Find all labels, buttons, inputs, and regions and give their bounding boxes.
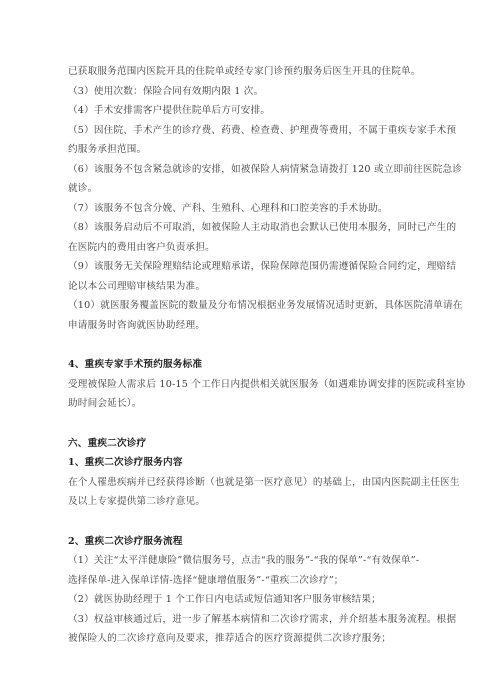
text-line: 及以上专家提供第二诊疗意见。 [68, 492, 435, 512]
section-heading-surgery-standard: 4、重疾专家手术预约服务标准 [68, 355, 435, 375]
text-line: 已获取服务范围内医院开具的住院单或经专家门诊预约服务后医生开具的住院单。 [68, 62, 435, 82]
text-line: （2）就医协助经理于 1 个工作日内电话或短信通知客户服务审核结果； [68, 590, 435, 610]
text-line: 在个人罹患疾病并已经获得诊断（也就是第一医疗意见）的基础上，由国内医院副主任医生 [68, 473, 435, 493]
section-heading-service-process: 2、重疾二次诊疗服务流程 [68, 532, 435, 552]
document-page: 已获取服务范围内医院开具的住院单或经专家门诊预约服务后医生开具的住院单。 （3）… [0, 0, 495, 700]
text-line: （10）就医服务覆盖医院的数量及分布情况根据业务发展情况适时更新，具体医院清单请… [68, 296, 435, 316]
text-line: （7）该服务不包含分娩、产科、生殖科、心理科和口腔美容的手术协助。 [68, 199, 435, 219]
text-line: （6）该服务不包含紧急就诊的安排，如被保险人病情紧急请拨打 120 或立即前往医… [68, 160, 435, 180]
text-line: 就诊。 [68, 179, 435, 199]
text-line: （9）该服务无关保险理赔结论或理赔承诺，保险保障范围仍需遵循保险合同约定，理赔结 [68, 257, 435, 277]
text-line: 在医院内的费用由客户负责承担。 [68, 238, 435, 258]
text-line: （5）因住院、手术产生的诊疗费、药费、检查费、护理费等费用，不属于重疾专家手术预 [68, 121, 435, 141]
section-heading-second-diagnosis: 六、重疾二次诊疗 [68, 434, 435, 454]
text-line: （8）该服务启动后不可取消，如被保险人主动取消也会默认已使用本服务，同时已产生的 [68, 218, 435, 238]
document-viewport: 已获取服务范围内医院开具的住院单或经专家门诊预约服务后医生开具的住院单。 （3）… [0, 0, 495, 700]
text-line: 选择保单-进入保单详情-选择“健康增值服务”-“重疾二次诊疗”； [68, 571, 435, 591]
text-line: 论以本公司理赔审核结果为准。 [68, 277, 435, 297]
text-line: （3）使用次数：保险合同有效期内限 1 次。 [68, 82, 435, 102]
text-line: 受理被保险人需求后 10-15 个工作日内提供相关就医服务（如遇难协调安排的医院… [68, 375, 435, 395]
text-line: 申请服务时咨询就医协助经理。 [68, 316, 435, 336]
text-line: 助时间会延长）。 [68, 394, 435, 414]
text-line: （1）关注“太平洋健康险”微信服务号，点击“我的服务”-“我的保单”-“有效保单… [68, 551, 435, 571]
section-heading-service-content: 1、重疾二次诊疗服务内容 [68, 453, 435, 473]
text-line: 被保险人的二次诊疗意向及要求，推荐适合的医疗资源提供二次诊疗服务； [68, 629, 435, 649]
text-line: （3）权益审核通过后，进一步了解基本病情和二次诊疗需求，并介绍基本服务流程。根据 [68, 610, 435, 630]
text-line: 约服务承担范围。 [68, 140, 435, 160]
text-line: （4）手术安排需客户提供住院单后方可安排。 [68, 101, 435, 121]
